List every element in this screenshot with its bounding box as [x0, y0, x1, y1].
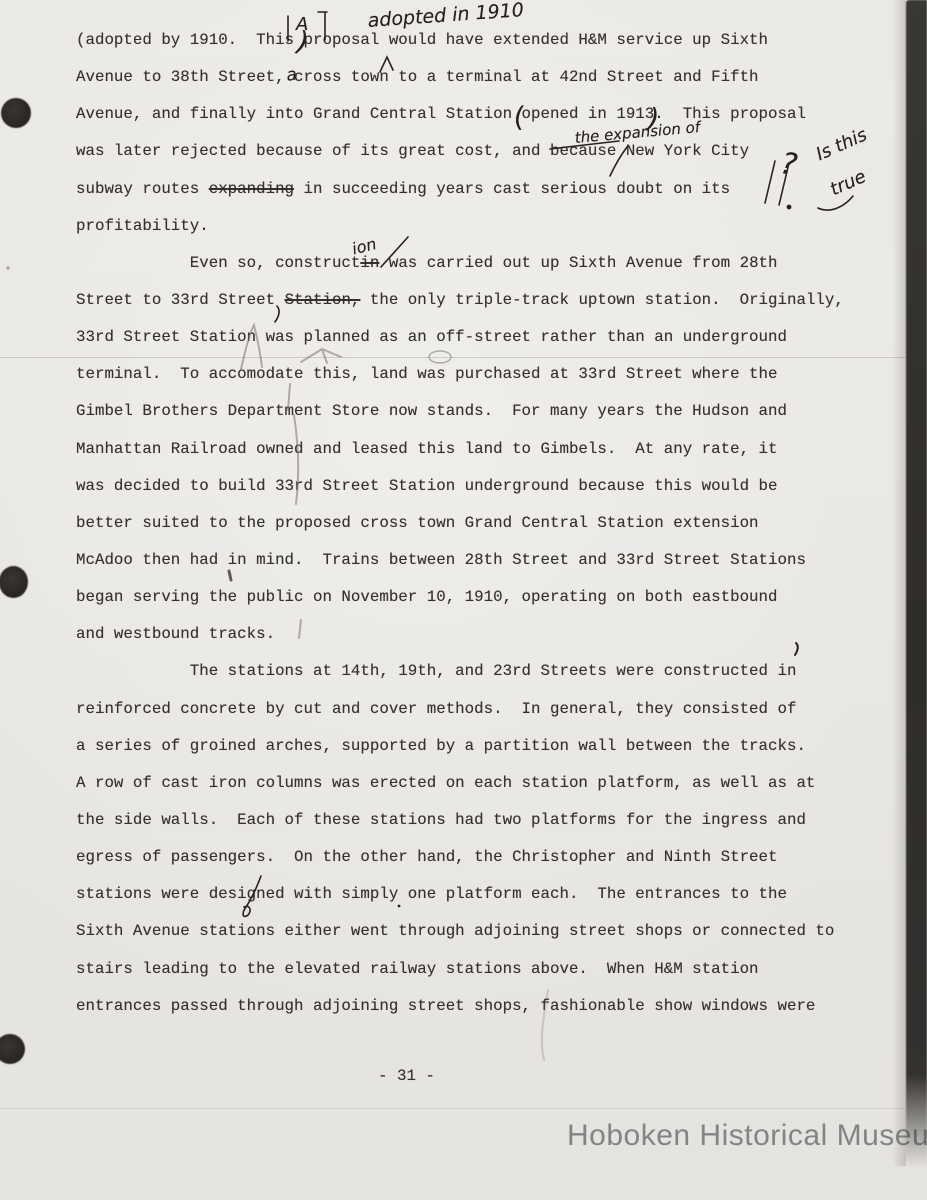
- typed-segment: stairs leading to the elevated railway s…: [76, 960, 759, 978]
- typed-line: profitability.: [76, 208, 844, 245]
- typed-line: Manhattan Railroad owned and leased this…: [76, 431, 844, 468]
- typed-segment: in succeeding years cast serious doubt o…: [294, 180, 730, 198]
- typed-segment: 33rd Street Station was planned as an of…: [76, 328, 787, 346]
- typed-line: The stations at 14th, 19th, and 23rd Str…: [76, 653, 844, 690]
- typed-line: Avenue to 38th Street, cross town to a t…: [76, 59, 844, 96]
- typed-segment: profitability.: [76, 217, 209, 235]
- typed-segment: Street to 33rd Street: [76, 291, 285, 309]
- typed-line: Sixth Avenue stations either went throug…: [76, 913, 844, 950]
- typed-line: (adopted by 1910. This proposal would ha…: [76, 22, 844, 59]
- scan-edge-binding: [906, 0, 927, 1168]
- scan-edge-shadow: [892, 0, 906, 1166]
- struck-text: in: [360, 254, 379, 272]
- typed-segment: Even so, construct: [76, 254, 360, 272]
- typed-segment: Gimbel Brothers Department Store now sta…: [76, 402, 787, 420]
- typed-segment: the side walls. Each of these stations h…: [76, 811, 806, 829]
- typed-segment: egress of passengers. On the other hand,…: [76, 848, 778, 866]
- page-number: - 31 -: [378, 1067, 435, 1085]
- typed-line: the side walls. Each of these stations h…: [76, 802, 844, 839]
- struck-text: Station,: [285, 291, 361, 309]
- typed-line: stations were designed with simply one p…: [76, 876, 844, 913]
- typed-segment: was later rejected because of its great …: [76, 142, 749, 160]
- typed-segment: Avenue to 38th Street, cross town to a t…: [76, 68, 759, 86]
- typed-segment: a series of groined arches, supported by…: [76, 737, 806, 755]
- typed-segment: and westbound tracks.: [76, 625, 275, 643]
- typed-segment: subway routes: [76, 180, 209, 198]
- scanned-page: { "document": { "page_number": "- 31 -",…: [0, 0, 927, 1200]
- typed-line: was decided to build 33rd Street Station…: [76, 468, 844, 505]
- typed-segment: was decided to build 33rd Street Station…: [76, 477, 778, 495]
- typed-segment: entrances passed through adjoining stree…: [76, 997, 815, 1015]
- typed-segment: The stations at 14th, 19th, and 23rd Str…: [76, 662, 796, 680]
- scan-line-lower: [0, 1108, 906, 1109]
- typed-line: egress of passengers. On the other hand,…: [76, 839, 844, 876]
- typed-segment: terminal. To accomodate this, land was p…: [76, 365, 778, 383]
- typed-line: Gimbel Brothers Department Store now sta…: [76, 393, 844, 430]
- typed-line: Street to 33rd Street Station, the only …: [76, 282, 844, 319]
- typed-line: 33rd Street Station was planned as an of…: [76, 319, 844, 356]
- typed-text: (adopted by 1910. This proposal would ha…: [76, 22, 844, 1025]
- typed-line: better suited to the proposed cross town…: [76, 505, 844, 542]
- hole-punch-middle: [0, 566, 28, 598]
- typed-segment: was carried out up Sixth Avenue from 28t…: [379, 254, 777, 272]
- typed-line: began serving the public on November 10,…: [76, 579, 844, 616]
- typed-line: A row of cast iron columns was erected o…: [76, 765, 844, 802]
- typed-line: subway routes expanding in succeeding ye…: [76, 171, 844, 208]
- typed-line: a series of groined arches, supported by…: [76, 728, 844, 765]
- typed-line: Even so, constructin was carried out up …: [76, 245, 844, 282]
- typed-segment: Sixth Avenue stations either went throug…: [76, 922, 834, 940]
- hole-punch-bottom: [0, 1034, 25, 1064]
- typed-segment: better suited to the proposed cross town…: [76, 514, 759, 532]
- typed-segment: McAdoo then had in mind. Trains between …: [76, 551, 806, 569]
- typed-line: entrances passed through adjoining stree…: [76, 988, 844, 1025]
- typed-segment: the only triple-track uptown station. Or…: [360, 291, 843, 309]
- scan-line-upper: [0, 357, 906, 358]
- typed-segment: (adopted by 1910. This proposal would ha…: [76, 31, 768, 49]
- typed-segment: A row of cast iron columns was erected o…: [76, 774, 815, 792]
- typed-line: and westbound tracks.: [76, 616, 844, 653]
- typed-segment: stations were designed with simply one p…: [76, 885, 787, 903]
- paper-speck: [6, 266, 10, 270]
- struck-text: expanding: [209, 180, 294, 198]
- typed-segment: began serving the public on November 10,…: [76, 588, 778, 606]
- typed-line: was later rejected because of its great …: [76, 133, 844, 170]
- typed-segment: reinforced concrete by cut and cover met…: [76, 700, 796, 718]
- typed-line: Avenue, and finally into Grand Central S…: [76, 96, 844, 133]
- watermark: Hoboken Historical Museum: [567, 1119, 927, 1153]
- typed-segment: Manhattan Railroad owned and leased this…: [76, 440, 778, 458]
- typed-line: reinforced concrete by cut and cover met…: [76, 691, 844, 728]
- typed-line: McAdoo then had in mind. Trains between …: [76, 542, 844, 579]
- hole-punch-top: [1, 98, 31, 128]
- typed-line: stairs leading to the elevated railway s…: [76, 951, 844, 988]
- typed-line: terminal. To accomodate this, land was p…: [76, 356, 844, 393]
